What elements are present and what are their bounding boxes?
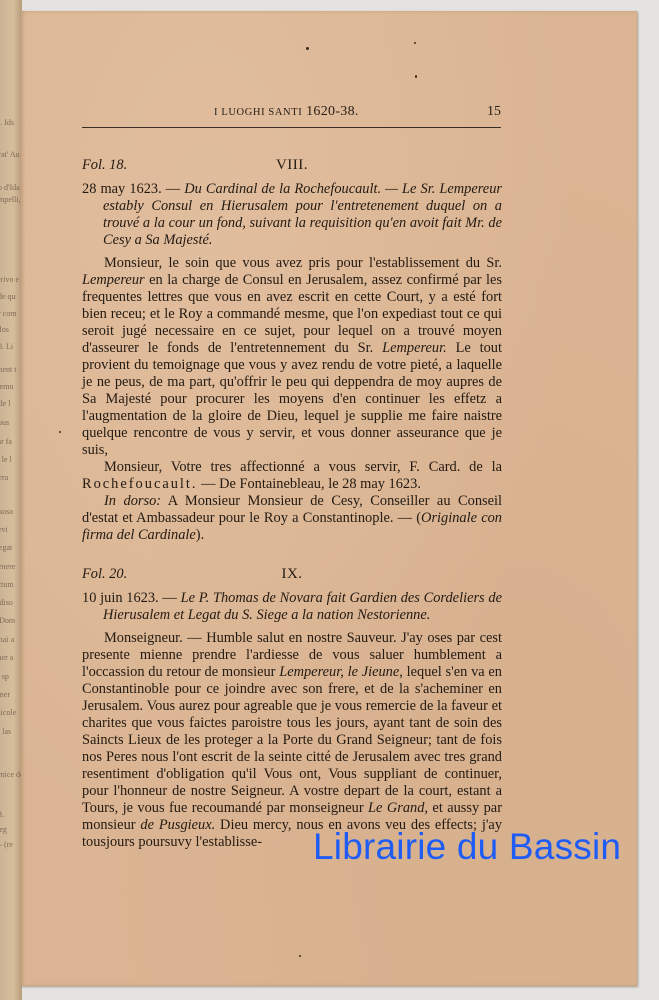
bleed-text: Ceg: [0, 825, 22, 834]
bleed-text: et le l: [0, 455, 22, 464]
bleed-text: e emu: [0, 382, 22, 391]
bleed-text: s Dom: [0, 616, 22, 625]
bleed-text: nde qu: [0, 292, 22, 301]
letter-paragraph: Monseigneur. — Humble salut en nostre Sa…: [82, 630, 502, 851]
bleed-text: ompelli, fa: [0, 195, 22, 204]
summary-date: 28 may 1623. —: [82, 181, 184, 197]
bleed-text: e diso: [0, 598, 22, 607]
bleed-text: nt las: [0, 727, 22, 736]
document-summary: 10 juin 1623. — Le P. Thomas de Novara f…: [82, 590, 502, 624]
section-gap: [82, 544, 502, 566]
paragraph-text: lequel s'en va en Constantinoble pour ce…: [82, 664, 502, 816]
bleed-text: 88. Li: [0, 342, 22, 351]
letter-paragraph: Monsieur, le soin que vous avez pris pou…: [82, 255, 502, 459]
bleed-text: Legat: [0, 543, 22, 552]
bleed-text: Pera: [0, 473, 22, 482]
running-title-text: I LUOGHI SANTI: [214, 107, 302, 118]
paragraph-name: Lempereur: [82, 272, 145, 288]
bleed-text: rmai a: [0, 635, 22, 644]
bleed-text: devi: [0, 525, 22, 534]
page-number: 15: [487, 104, 501, 120]
document-summary: 28 may 1623. — Du Cardinal de la Rochefo…: [82, 181, 502, 249]
closing-place-date: — De Fontainebleau, le 28 may 1623.: [198, 476, 421, 492]
underlying-page-edge: ık. Ids Frat' Au no d'Ida ompelli, fa se…: [0, 0, 22, 1000]
bleed-text: — (re: [0, 840, 22, 849]
document-ix: Fol. 20. IX. 10 juin 1623. — Le P. Thoma…: [82, 566, 502, 851]
paragraph-name: de Pusgieux.: [140, 817, 215, 833]
header-rule: [82, 127, 501, 128]
bleed-text: ur com: [0, 309, 22, 318]
bleed-text: 23.: [0, 810, 22, 819]
bleed-text: ornice de: [0, 770, 22, 779]
paragraph-name: Lempereur.: [382, 340, 447, 356]
bleed-text: Frat' Au: [0, 150, 22, 159]
bleed-text: serivo e: [0, 275, 22, 284]
paragraph-text: Monsieur, le soin que vous avez pris pou…: [104, 255, 502, 271]
bleed-text: ener a: [0, 653, 22, 662]
dorso-end: ).: [196, 527, 204, 543]
folio-row: Fol. 18. VIII.: [82, 157, 502, 174]
paragraph-text: Le tout provient du temoignage que vous …: [82, 340, 502, 458]
bleed-text: emer: [0, 690, 22, 699]
watermark-librairie-du-bassin: Librairie du Bassin: [313, 827, 621, 867]
closing-text: Monsieur, Votre tres affectionné a vous …: [104, 459, 502, 475]
bleed-text: no d'Ida: [0, 183, 22, 192]
bleed-text: iment t: [0, 365, 22, 374]
dorso-note: In dorso: A Monsieur Monsieur de Cesy, C…: [82, 493, 502, 544]
body-text: Fol. 18. VIII. 28 may 1623. — Du Cardina…: [82, 157, 502, 851]
signatory-name: Rochefoucault.: [82, 476, 198, 492]
bleed-text: a los: [0, 325, 22, 334]
bleed-text: rnicole: [0, 708, 22, 717]
bleed-text: s sosa: [0, 507, 22, 516]
running-title-years: 1620-38.: [306, 104, 359, 119]
dorso-label: In dorso:: [104, 493, 161, 509]
bleed-text: r de l: [0, 399, 22, 408]
bleed-text: nous: [0, 418, 22, 427]
letter-closing: Monsieur, Votre tres affectionné a vous …: [82, 459, 502, 493]
document-number: VIII.: [82, 157, 502, 174]
document-number: IX.: [82, 566, 502, 583]
bleed-text: ectum: [0, 580, 22, 589]
paragraph-name: Le Grand,: [368, 800, 428, 816]
bleed-text: car fa: [0, 437, 22, 446]
document-viii: Fol. 18. VIII. 28 may 1623. — Du Cardina…: [82, 157, 502, 544]
running-title: I LUOGHI SANTI 1620-38.: [214, 104, 359, 120]
bleed-text: genere: [0, 562, 22, 571]
bleed-text: ık. Ids: [0, 118, 22, 127]
bleed-text: la sp: [0, 672, 22, 681]
running-header: I LUOGHI SANTI 1620-38. 15: [82, 104, 501, 122]
paragraph-name: Lempereur, le Jieune,: [279, 664, 403, 680]
folio-row: Fol. 20. IX.: [82, 566, 502, 583]
summary-date: 10 juin 1623. —: [82, 590, 181, 606]
